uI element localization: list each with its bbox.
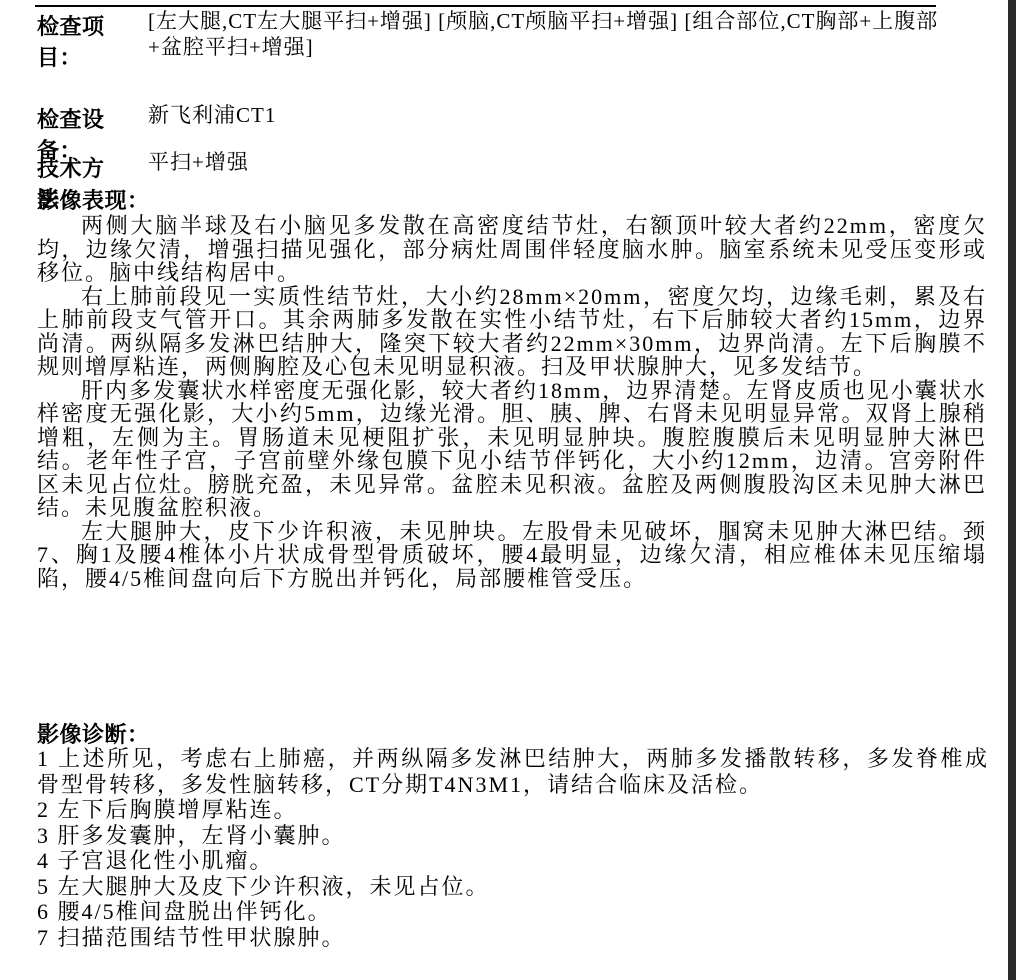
method-value: 平扫+增强 — [148, 146, 249, 176]
diagnosis-item: 4 子宫退化性小肌瘤。 — [37, 848, 989, 874]
finding-paragraph: 左大腿肿大，皮下少许积液，未见肿块。左股骨未见破坏，腘窝未见肿大淋巴结。颈7、胸… — [37, 520, 987, 591]
diagnosis-list: 1 上述所见，考虑右上肺癌，并两纵隔多发淋巴结肿大，两肺多发播散转移，多发脊椎成… — [37, 746, 989, 950]
ct-report-page: 检查项目： [左大腿,CT左大腿平扫+增强] [颅脑,CT颅脑平扫+增强] [组… — [0, 0, 1016, 980]
exam-items-value: [左大腿,CT左大腿平扫+增强] [颅脑,CT颅脑平扫+增强] [组合部位,CT… — [148, 8, 943, 60]
finding-paragraph: 右上肺前段见一实质性结节灶，大小约28mm×20mm，密度欠均，边缘毛刺，累及右… — [37, 285, 987, 379]
diagnosis-item: 7 扫描范围结节性甲状腺肿。 — [37, 925, 989, 951]
top-divider — [35, 5, 936, 7]
diagnosis-item: 3 肝多发囊肿，左肾小囊肿。 — [37, 823, 989, 849]
finding-paragraph: 两侧大脑半球及右小脑见多发散在高密度结节灶，右额顶叶较大者约22mm，密度欠均，… — [37, 214, 987, 285]
exam-items-label: 检查项目： — [37, 10, 148, 72]
page-edge-shadow — [1008, 0, 1016, 980]
finding-paragraph: 肝内多发囊状水样密度无强化影，较大者约18mm，边界清楚。左肾皮质也见小囊状水样… — [37, 379, 987, 520]
diagnosis-section-label: 影像诊断： — [37, 718, 150, 749]
equipment-value: 新飞利浦CT1 — [148, 99, 276, 129]
diagnosis-item: 6 腰4/5椎间盘脱出伴钙化。 — [37, 899, 989, 925]
diagnosis-item: 1 上述所见，考虑右上肺癌，并两纵隔多发淋巴结肿大，两肺多发播散转移，多发脊椎成… — [37, 746, 989, 797]
diagnosis-item: 2 左下后胸膜增厚粘连。 — [37, 797, 989, 823]
exam-items-row: 检查项目： [左大腿,CT左大腿平扫+增强] [颅脑,CT颅脑平扫+增强] [组… — [37, 10, 943, 72]
diagnosis-item: 5 左大腿肿大及皮下少许积液，未见占位。 — [37, 874, 989, 900]
findings-paragraphs: 两侧大脑半球及右小脑见多发散在高密度结节灶，右额顶叶较大者约22mm，密度欠均，… — [37, 214, 987, 590]
findings-section-label: 影像表现： — [37, 184, 150, 215]
